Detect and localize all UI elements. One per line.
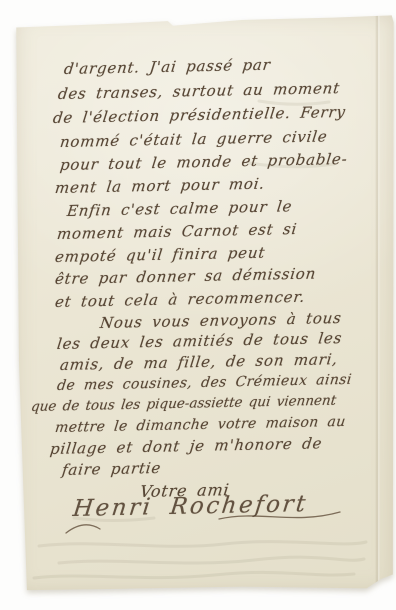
letter-line: moment mais Carnot est si [56,220,298,243]
letter-line: être par donner sa démission [54,264,317,288]
letter-line: mettre le dimanche votre maison au [54,413,347,437]
letter-sheet: d'argent. J'ai passé par des transes, su… [14,13,394,593]
letter-line: faire partie [61,459,162,479]
photo-of-letter: d'argent. J'ai passé par des transes, su… [0,0,396,610]
letter-line: pillage et dont je m'honore de [49,434,323,458]
letter-signature: Henri Rochefort [72,495,309,518]
letter-line: des transes, surtout au moment [57,79,341,103]
letter-line: Nous vous envoyons à tous [99,309,343,332]
letter-line: que de tous les pique-assiette qui vienn… [30,392,337,416]
letter-line: empoté qu'il finira peut [54,244,266,266]
paper-speck [378,582,381,585]
letter-line: d'argent. J'ai passé par [63,56,272,78]
letter-line: ment la mort pour moi. [54,175,266,197]
letter-line: pour tout le monde et probable- [59,150,349,174]
letter-line: et tout cela à recommencer. [54,288,306,311]
letter-line: les deux les amitiés de tous les [56,329,343,353]
letter-line: amis, de ma fille, de son mari, [59,350,339,374]
letter-sheet-wrap: d'argent. J'ai passé par des transes, su… [14,13,394,593]
vertical-fold-crease [375,13,380,593]
letter-line: nommé c'était la guerre civile [59,127,329,151]
letter-line: de l'élection présidentielle. Ferry [52,103,347,127]
letter-line: Enfin c'est calme pour le [66,197,293,220]
